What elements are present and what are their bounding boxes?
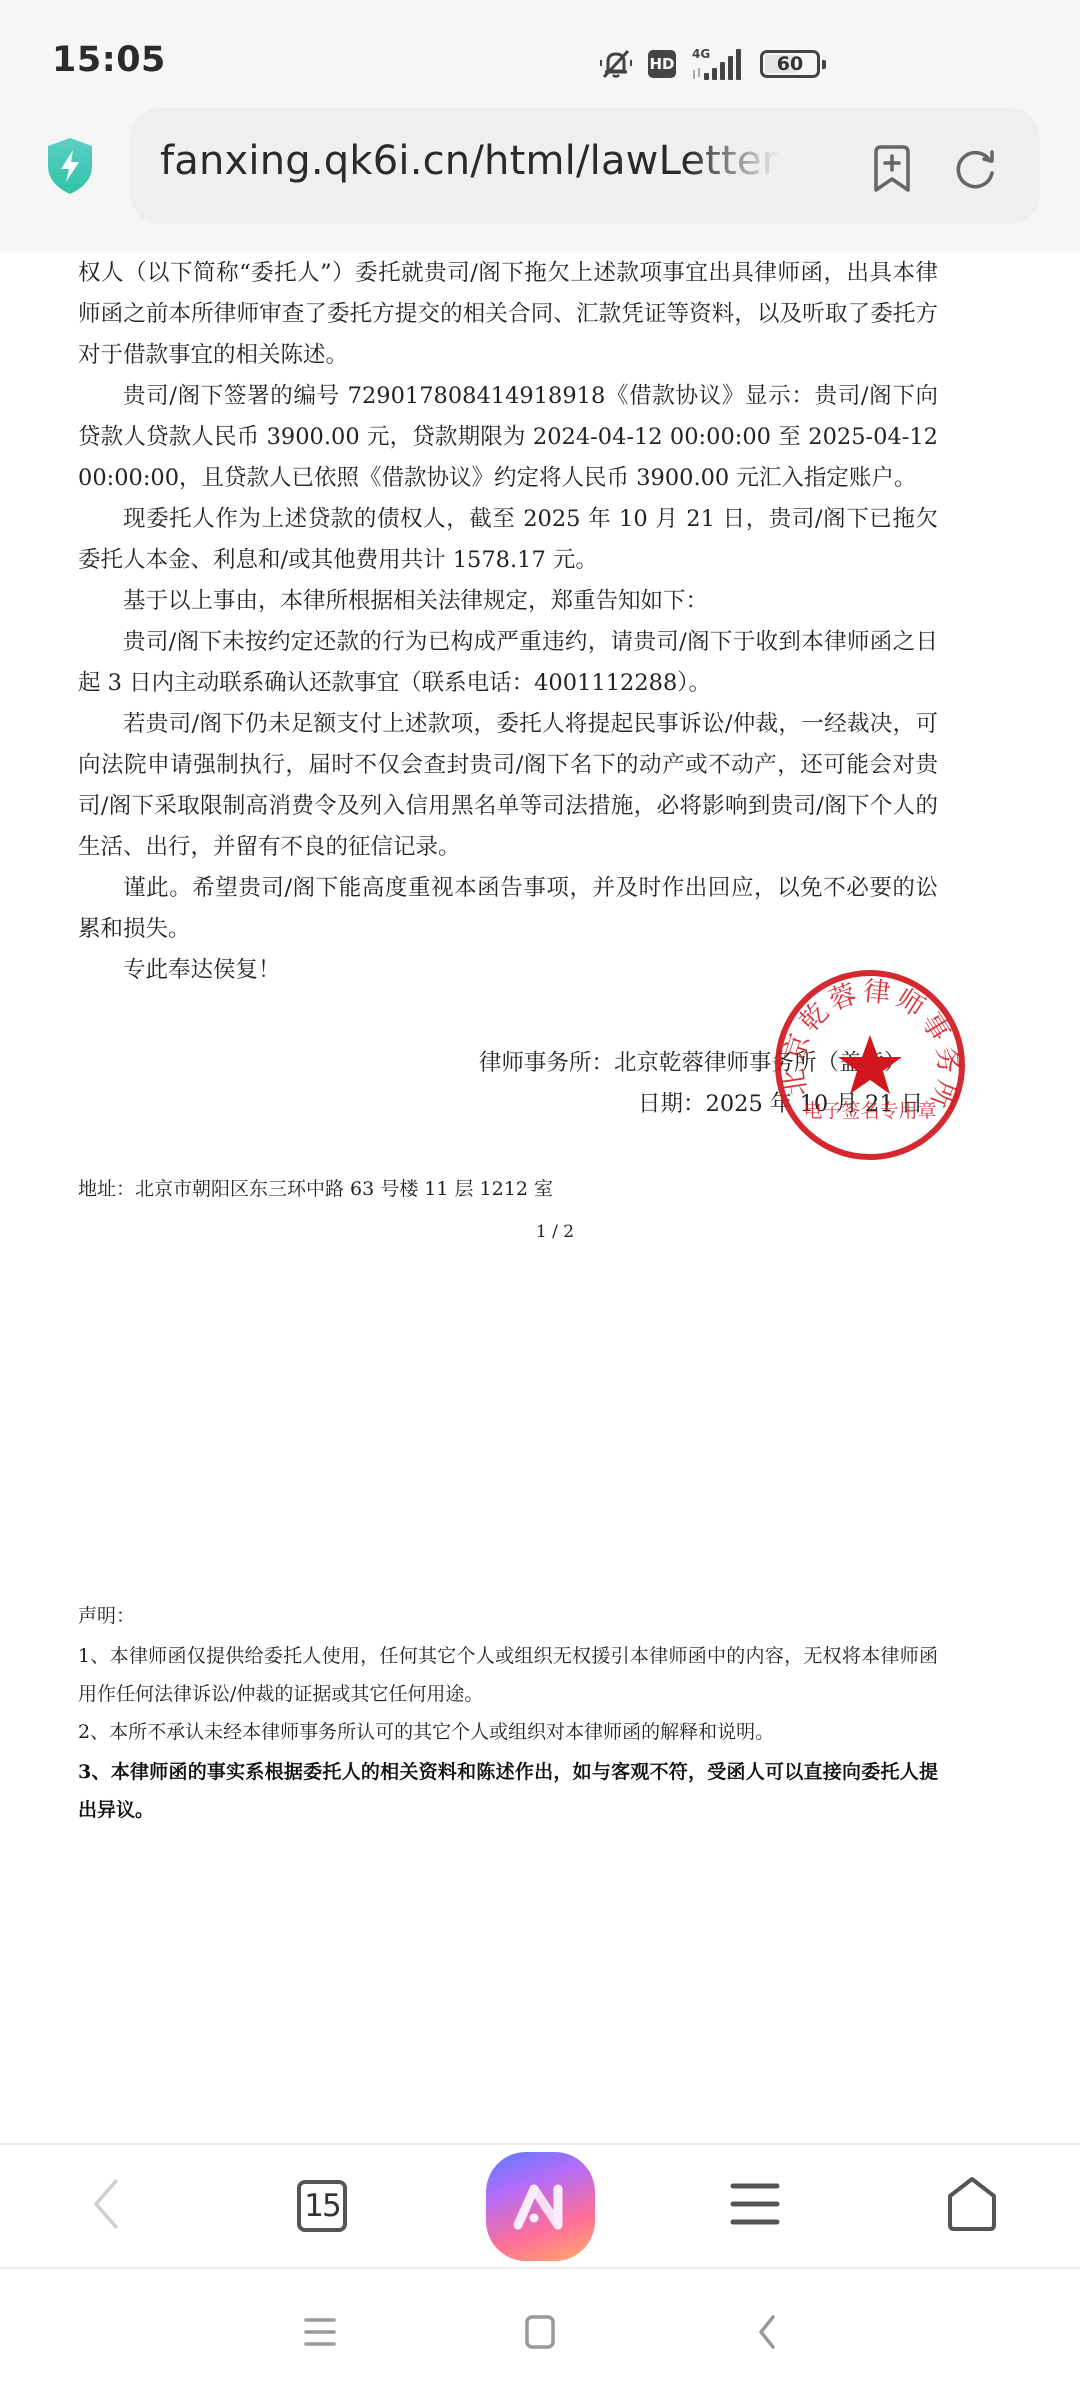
document-viewport[interactable]: 权人（以下简称“委托人”）委托就贵司/阁下拖欠上述款项事宜出具律师函，出具本律师… — [0, 247, 1080, 2143]
firm-address: 地址：北京市朝阳区东三环中路 63 号楼 11 层 1212 室 — [78, 1174, 553, 1201]
recents-button[interactable] — [285, 2269, 355, 2400]
recents-icon — [303, 2316, 337, 2353]
shield-lightning-icon[interactable] — [44, 136, 96, 196]
declaration-item-bold: 3、本律师函的事实系根据委托人的相关资料和陈述作出，如与客观不符，受函人可以直接… — [78, 1753, 938, 1829]
signal-4g-icon: 4G — [690, 46, 746, 82]
ai-assistant-icon — [486, 2152, 595, 2261]
home-button[interactable] — [937, 2145, 1007, 2267]
system-back-button[interactable] — [732, 2269, 802, 2400]
letter-paragraph: 现委托人作为上述贷款的债权人，截至 2025 年 10 月 21 日，贵司/阁下… — [78, 499, 938, 581]
bell-muted-icon — [598, 46, 634, 82]
letter-body: 权人（以下简称“委托人”）委托就贵司/阁下拖欠上述款项事宜出具律师函，出具本律师… — [78, 253, 938, 991]
system-nav-bar — [0, 2269, 1080, 2400]
system-home-button[interactable] — [505, 2269, 575, 2400]
back-button[interactable] — [70, 2145, 140, 2267]
home-square-icon — [524, 2314, 556, 2355]
letter-paragraph: 贵司/阁下签署的编号 729017808414918918《借款协议》显示：贵司… — [78, 376, 938, 499]
battery-icon: 60 — [760, 50, 820, 78]
law-firm-seal-icon: 北京乾蓉律师事务所 电子签名专用章 — [772, 967, 968, 1163]
status-time: 15:05 — [52, 40, 166, 80]
browser-toolbar: 15 — [0, 2143, 1080, 2269]
tab-count: 15 — [297, 2180, 347, 2232]
hd-icon: HD — [648, 50, 676, 78]
page-indicator: 1 / 2 — [0, 1222, 1080, 1242]
tabs-button[interactable]: 15 — [287, 2145, 357, 2267]
url-bar[interactable]: fanxing.qk6i.cn/html/lawLetter/2 — [130, 108, 1040, 224]
declaration-item: 2、本所不承认未经本律师事务所认可的其它个人或组织对本律师函的解释和说明。 — [78, 1713, 938, 1751]
home-icon — [946, 2176, 998, 2237]
back-icon — [757, 2314, 777, 2355]
browser-header: fanxing.qk6i.cn/html/lawLetter/2 — [0, 100, 1080, 247]
declaration-title: 声明： — [78, 1597, 938, 1635]
battery-level: 60 — [777, 53, 803, 75]
menu-button[interactable] — [720, 2145, 790, 2267]
bookmark-add-icon[interactable] — [870, 144, 914, 194]
letter-paragraph: 若贵司/阁下仍未足额支付上述款项，委托人将提起民事诉讼/仲裁，一经裁决，可向法院… — [78, 704, 938, 868]
hamburger-menu-icon — [730, 2181, 780, 2232]
status-icons: HD 4G 60 — [598, 44, 820, 84]
declaration-item: 1、本律师函仅提供给委托人使用，任何其它个人或组织无权援引本律师函中的内容，无权… — [78, 1637, 938, 1713]
status-bar: 15:05 HD 4G — [0, 0, 1080, 100]
letter-paragraph: 基于以上事由，本律所根据相关法律规定，郑重告知如下： — [78, 581, 938, 622]
letter-paragraph: 谨此。希望贵司/阁下能高度重视本函告事项，并及时作出回应，以免不必要的讼累和损失… — [78, 868, 938, 950]
refresh-icon[interactable] — [952, 145, 1000, 193]
ai-assistant-button[interactable] — [480, 2145, 600, 2267]
url-text[interactable]: fanxing.qk6i.cn/html/lawLetter/2 — [160, 138, 780, 184]
svg-text:电子签名专用章: 电子签名专用章 — [803, 1100, 936, 1122]
letter-paragraph: 贵司/阁下未按约定还款的行为已构成严重违约，请贵司/阁下于收到本律师函之日起 3… — [78, 622, 938, 704]
letter-paragraph: 权人（以下简称“委托人”）委托就贵司/阁下拖欠上述款项事宜出具律师函，出具本律师… — [78, 253, 938, 376]
svg-text:4G: 4G — [692, 47, 710, 61]
chevron-left-icon — [90, 2177, 120, 2236]
